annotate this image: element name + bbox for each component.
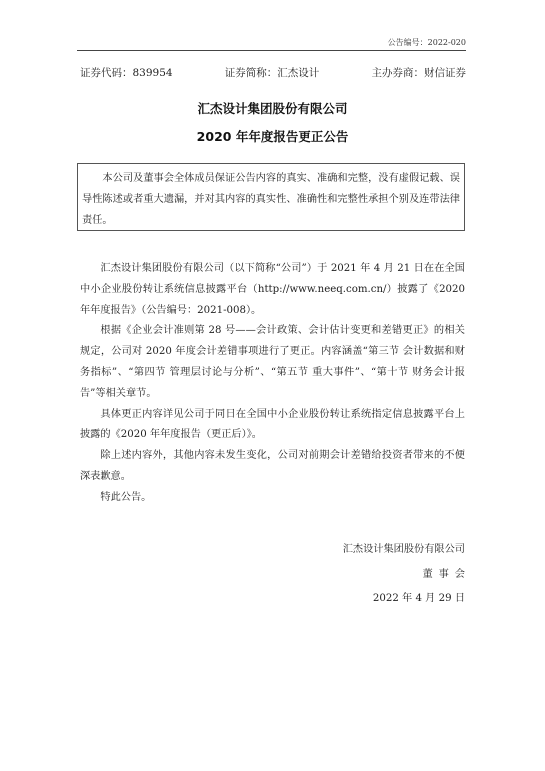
company-title: 汇杰设计集团股份有限公司	[0, 99, 545, 117]
signature-date: 2022 年 4 月 29 日	[373, 589, 465, 604]
sponsor-broker: 主办券商：财信证券	[372, 65, 467, 80]
body-paragraph-4: 除上述内容外，其他内容未发生变化，公司对前期会计差错给投资者带来的不便深表歉意。	[80, 446, 465, 488]
notice-text: 本公司及董事会全体成员保证公告内容的真实、准确和完整，没有虚假记载、误导性陈述或…	[82, 168, 460, 231]
header-divider	[77, 50, 466, 51]
announcement-number: 公告编号：2022-020	[388, 37, 466, 48]
document-page: 公告编号：2022-020 证券代码：839954 证券简称：汇杰设计 主办券商…	[0, 0, 545, 771]
body-paragraph-1: 汇杰设计集团股份有限公司（以下简称“公司”）于 2021 年 4 月 21 日在…	[80, 259, 465, 321]
body-paragraph-3: 具体更正内容详见公司于同日在全国中小企业股份转让系统指定信息披露平台上披露的《2…	[80, 405, 465, 447]
body-paragraph-5: 特此公告。	[80, 488, 465, 509]
securities-info-row: 证券代码：839954 证券简称：汇杰设计 主办券商：财信证券	[80, 65, 466, 80]
announcement-title: 2020 年年度报告更正公告	[0, 127, 545, 145]
signature-board: 董事会	[422, 565, 471, 580]
signature-company: 汇杰设计集团股份有限公司	[343, 540, 465, 555]
security-short-name: 证券简称：汇杰设计	[225, 65, 320, 80]
body-paragraph-2: 根据《企业会计准则第 28 号——会计政策、会计估计变更和差错更正》的相关规定，…	[80, 321, 465, 404]
announcement-body: 汇杰设计集团股份有限公司（以下简称“公司”）于 2021 年 4 月 21 日在…	[80, 259, 465, 509]
board-guarantee-notice: 本公司及董事会全体成员保证公告内容的真实、准确和完整，没有虚假记载、误导性陈述或…	[77, 163, 465, 231]
security-code: 证券代码：839954	[80, 65, 173, 80]
